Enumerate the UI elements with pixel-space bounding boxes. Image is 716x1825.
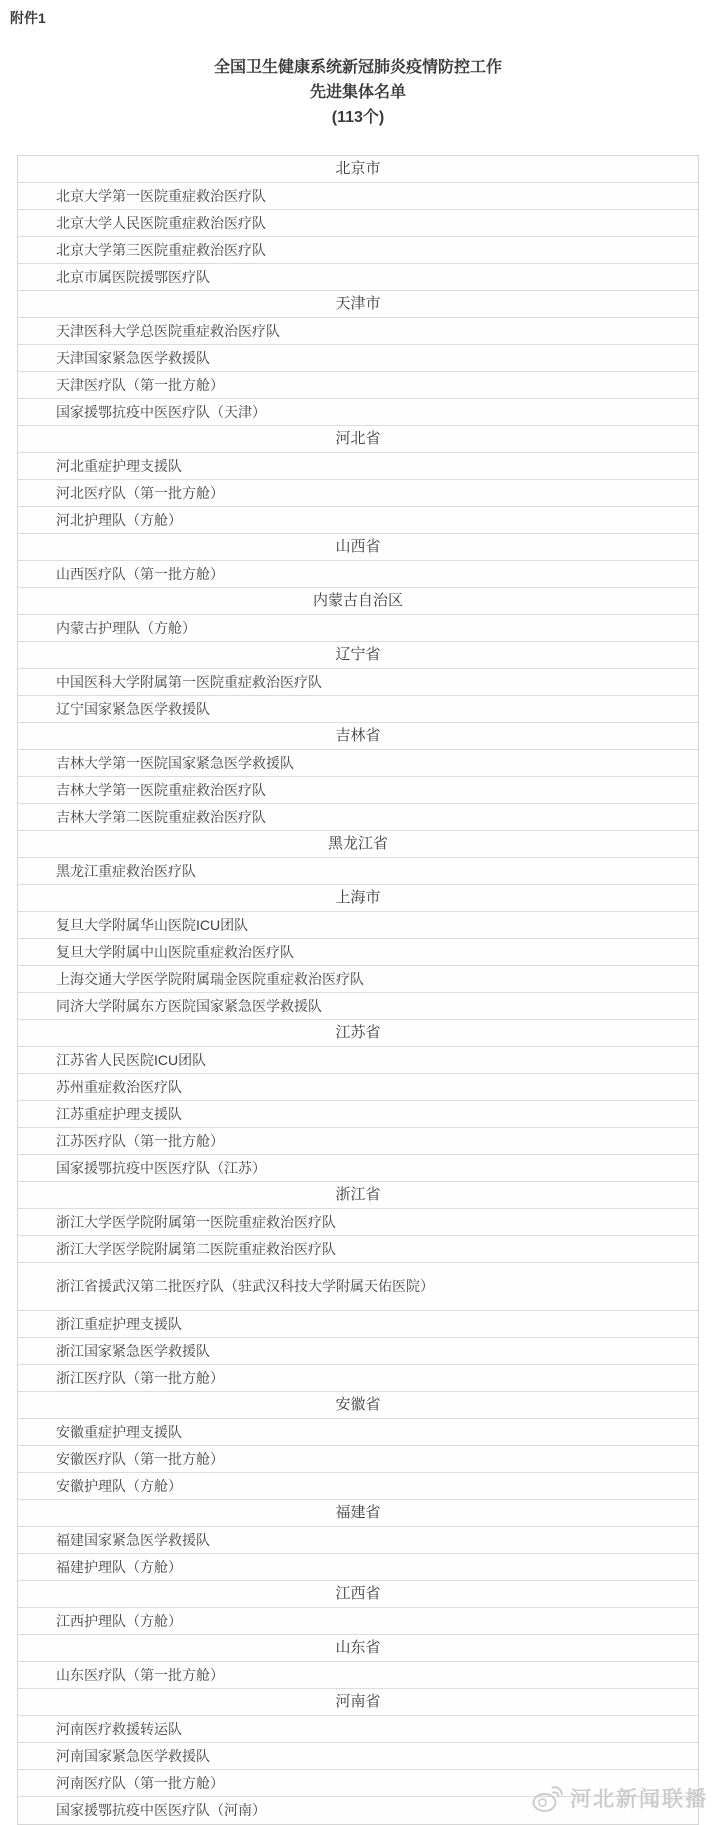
region-header-row: 北京市 — [18, 156, 698, 183]
team-row: 浙江省援武汉第二批医疗队（驻武汉科技大学附属天佑医院） — [18, 1263, 698, 1311]
team-row: 河南国家紧急医学救援队 — [18, 1743, 698, 1770]
team-row: 浙江大学医学院附属第一医院重症救治医疗队 — [18, 1209, 698, 1236]
team-row: 内蒙古护理队（方舱） — [18, 615, 698, 642]
team-row: 北京大学第一医院重症救治医疗队 — [18, 183, 698, 210]
team-row: 河南医疗队（第一批方舱） — [18, 1770, 698, 1797]
team-row: 山西医疗队（第一批方舱） — [18, 561, 698, 588]
team-row: 国家援鄂抗疫中医医疗队（江苏） — [18, 1155, 698, 1182]
team-row: 辽宁国家紧急医学救援队 — [18, 696, 698, 723]
team-row: 复旦大学附属中山医院重症救治医疗队 — [18, 939, 698, 966]
team-row: 同济大学附属东方医院国家紧急医学救援队 — [18, 993, 698, 1020]
document-title-line2: 先进集体名单 — [0, 80, 716, 105]
region-header-row: 河北省 — [18, 426, 698, 453]
advanced-collectives-table: 北京市北京大学第一医院重症救治医疗队北京大学人民医院重症救治医疗队北京大学第三医… — [17, 155, 699, 1825]
team-row: 河南医疗救援转运队 — [18, 1716, 698, 1743]
team-row: 江西护理队（方舱） — [18, 1608, 698, 1635]
team-row: 天津医疗队（第一批方舱） — [18, 372, 698, 399]
region-header-row: 安徽省 — [18, 1392, 698, 1419]
region-header-row: 浙江省 — [18, 1182, 698, 1209]
team-row: 北京市属医院援鄂医疗队 — [18, 264, 698, 291]
document-title-count: (113个) — [0, 105, 716, 130]
region-header-row: 内蒙古自治区 — [18, 588, 698, 615]
team-row: 上海交通大学医学院附属瑞金医院重症救治医疗队 — [18, 966, 698, 993]
team-row: 江苏省人民医院ICU团队 — [18, 1047, 698, 1074]
region-header-row: 天津市 — [18, 291, 698, 318]
team-row: 福建护理队（方舱） — [18, 1554, 698, 1581]
team-row: 北京大学第三医院重症救治医疗队 — [18, 237, 698, 264]
region-header-row: 辽宁省 — [18, 642, 698, 669]
team-row: 吉林大学第一医院重症救治医疗队 — [18, 777, 698, 804]
team-row: 河北医疗队（第一批方舱） — [18, 480, 698, 507]
region-header-row: 吉林省 — [18, 723, 698, 750]
team-row: 江苏医疗队（第一批方舱） — [18, 1128, 698, 1155]
region-header-row: 福建省 — [18, 1500, 698, 1527]
team-row: 国家援鄂抗疫中医医疗队（天津） — [18, 399, 698, 426]
team-row: 福建国家紧急医学救援队 — [18, 1527, 698, 1554]
team-row: 吉林大学第二医院重症救治医疗队 — [18, 804, 698, 831]
team-row: 浙江大学医学院附属第二医院重症救治医疗队 — [18, 1236, 698, 1263]
document-title: 全国卫生健康系统新冠肺炎疫情防控工作 先进集体名单 (113个) — [0, 55, 716, 130]
team-row: 苏州重症救治医疗队 — [18, 1074, 698, 1101]
team-row: 河北护理队（方舱） — [18, 507, 698, 534]
team-row: 安徽护理队（方舱） — [18, 1473, 698, 1500]
region-header-row: 河南省 — [18, 1689, 698, 1716]
document-title-line1: 全国卫生健康系统新冠肺炎疫情防控工作 — [0, 55, 716, 80]
region-header-row: 江苏省 — [18, 1020, 698, 1047]
region-header-row: 黑龙江省 — [18, 831, 698, 858]
region-header-row: 江西省 — [18, 1581, 698, 1608]
team-row: 浙江医疗队（第一批方舱） — [18, 1365, 698, 1392]
team-row: 天津医科大学总医院重症救治医疗队 — [18, 318, 698, 345]
team-row: 浙江国家紧急医学救援队 — [18, 1338, 698, 1365]
team-row: 浙江重症护理支援队 — [18, 1311, 698, 1338]
region-header-row: 山西省 — [18, 534, 698, 561]
region-header-row: 山东省 — [18, 1635, 698, 1662]
team-row: 安徽重症护理支援队 — [18, 1419, 698, 1446]
region-header-row: 上海市 — [18, 885, 698, 912]
team-row: 山东医疗队（第一批方舱） — [18, 1662, 698, 1689]
team-row: 河北重症护理支援队 — [18, 453, 698, 480]
team-row: 北京大学人民医院重症救治医疗队 — [18, 210, 698, 237]
team-row: 安徽医疗队（第一批方舱） — [18, 1446, 698, 1473]
team-row: 天津国家紧急医学救援队 — [18, 345, 698, 372]
attachment-label: 附件1 — [0, 0, 716, 28]
team-row: 吉林大学第一医院国家紧急医学救援队 — [18, 750, 698, 777]
team-row: 复旦大学附属华山医院ICU团队 — [18, 912, 698, 939]
team-row: 江苏重症护理支援队 — [18, 1101, 698, 1128]
team-row: 中国医科大学附属第一医院重症救治医疗队 — [18, 669, 698, 696]
team-row: 黑龙江重症救治医疗队 — [18, 858, 698, 885]
